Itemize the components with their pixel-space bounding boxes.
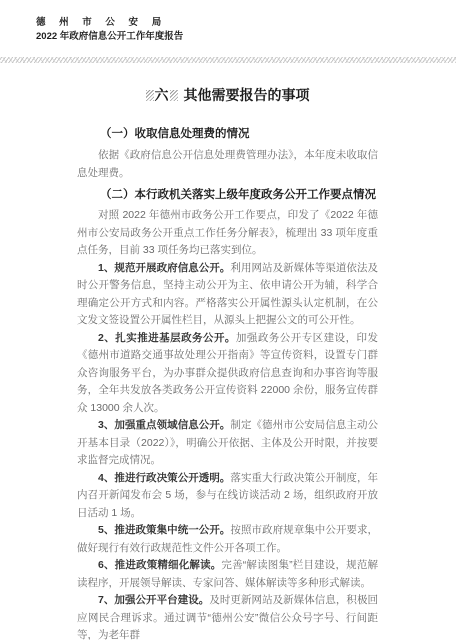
paragraph-text: 对照 2022 年德州市政务公开工作要点，印发了《2022 年德州市公安局政务公… [77,209,378,256]
organization-name: 德 州 市 公 安 局 [36,17,183,29]
list-paragraph-1: 1、规范开展政府信息公开。利用网站及新媒体等渠道依法及时公开警务信息，坚持主动公… [77,260,378,330]
report-page: 德 州 市 公 安 局 2022 年政府信息公开工作年度报告 六其他需要报告的事… [0,0,456,640]
subsection-2-intro-paragraph: 对照 2022 年德州市政务公开工作要点，印发了《2022 年德州市公安局政务公… [77,207,378,260]
paragraph-lead: 6、推进政策精细化解读。 [98,559,221,571]
subsection-1-heading: （一）收取信息处理费的情况 [77,126,378,142]
paragraph-lead: 3、加强重点领域信息公开。 [98,419,230,431]
paragraph-lead: 1、规范开展政府信息公开。 [98,262,230,274]
hatch-ornament-right-icon [170,90,178,101]
list-paragraph-2: 2、扎实推进基层政务公开。加强政务公开专区建设，印发《德州市道路交通事故处理公开… [77,330,378,418]
section-title-text: 其他需要报告的事项 [184,87,310,103]
paragraph-lead: 2、扎实推进基层政务公开。 [98,332,236,344]
list-paragraph-3: 3、加强重点领域信息公开。制定《德州市公安局信息主动公开基本目录（2022）》，… [77,417,378,470]
list-paragraph-4: 4、推进行政决策公开透明。落实重大行政决策公开制度，年内召开新闻发布会 5 场，… [77,470,378,523]
list-paragraph-6: 6、推进政策精细化解读。完善“解读图集”栏目建设，规范解读程序，开展领导解读、专… [77,557,378,592]
report-title-line: 2022 年政府信息公开工作年度报告 [36,31,183,43]
report-body: 六其他需要报告的事项 （一）收取信息处理费的情况 依据《政府信息公开信息处理费管… [77,86,378,640]
paragraph-lead: 4、推进行政决策公开透明。 [98,472,230,484]
list-paragraph-5: 5、推进政策集中统一公开。按照市政府规章集中公开要求，做好现行有效行政规范性文件… [77,522,378,557]
decorative-hatched-divider [0,57,456,63]
subsection-1-paragraph: 依据《政府信息公开信息处理费管理办法》，本年度未收取信息处理费。 [77,147,378,182]
paragraph-text: 依据《政府信息公开信息处理费管理办法》，本年度未收取信息处理费。 [77,149,378,179]
list-paragraph-7: 7、加强公开平台建设。及时更新网站及新媒体信息，积极回应网民合理诉求。通过调节“… [77,592,378,640]
section-title: 六其他需要报告的事项 [77,86,378,104]
hatch-ornament-left-icon [146,90,154,101]
paragraph-lead: 7、加强公开平台建设。 [98,594,209,606]
subsection-2-heading: （二）本行政机关落实上级年度政务公开工作要点情况 [77,187,378,203]
section-number: 六 [155,87,169,103]
page-header: 德 州 市 公 安 局 2022 年政府信息公开工作年度报告 [36,17,183,43]
paragraph-lead: 5、推进政策集中统一公开。 [98,524,230,536]
